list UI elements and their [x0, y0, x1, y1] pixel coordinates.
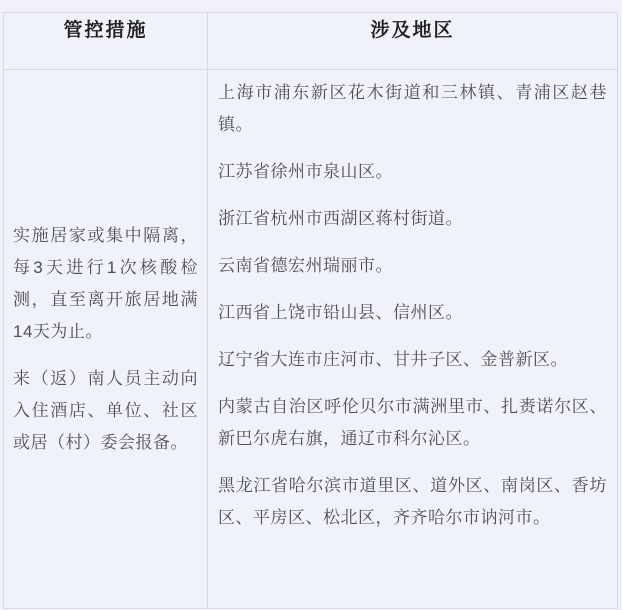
region-paragraph: 内蒙古自治区呼伦贝尔市满洲里市、扎赉诺尔区、新巴尔虎右旗，通辽市科尔沁区。 — [218, 391, 607, 455]
region-paragraph: 浙江省杭州市西湖区蒋村街道。 — [218, 203, 607, 235]
regions-cell: 上海市浦东新区花木街道和三林镇、青浦区赵巷镇。 江苏省徐州市泉山区。 浙江省杭州… — [208, 70, 618, 609]
control-measures-table: 管控措施 涉及地区 实施居家或集中隔离，每3天进行1次核酸检测，直至离开旅居地满… — [3, 12, 618, 609]
region-paragraph: 江苏省徐州市泉山区。 — [218, 156, 607, 188]
region-paragraph: 云南省德宏州瑞丽市。 — [218, 250, 607, 282]
region-paragraph: 上海市浦东新区花木街道和三林镇、青浦区赵巷镇。 — [218, 77, 607, 141]
header-involved-regions: 涉及地区 — [208, 13, 618, 70]
header-control-measures: 管控措施 — [4, 13, 208, 70]
region-paragraph: 江西省上饶市铅山县、信州区。 — [218, 297, 607, 329]
measures-cell: 实施居家或集中隔离，每3天进行1次核酸检测，直至离开旅居地满14天为止。 来（返… — [4, 70, 208, 609]
measure-paragraph: 来（返）南人员主动向入住酒店、单位、社区或居（村）委会报备。 — [13, 363, 198, 459]
measure-paragraph: 实施居家或集中隔离，每3天进行1次核酸检测，直至离开旅居地满14天为止。 — [13, 220, 198, 348]
region-paragraph: 辽宁省大连市庄河市、甘井子区、金普新区。 — [218, 344, 607, 376]
table-body-row: 实施居家或集中隔离，每3天进行1次核酸检测，直至离开旅居地满14天为止。 来（返… — [4, 70, 618, 609]
table-header-row: 管控措施 涉及地区 — [4, 13, 618, 70]
region-paragraph: 黑龙江省哈尔滨市道里区、道外区、南岗区、香坊区、平房区、松北区，齐齐哈尔市讷河市… — [218, 470, 607, 534]
